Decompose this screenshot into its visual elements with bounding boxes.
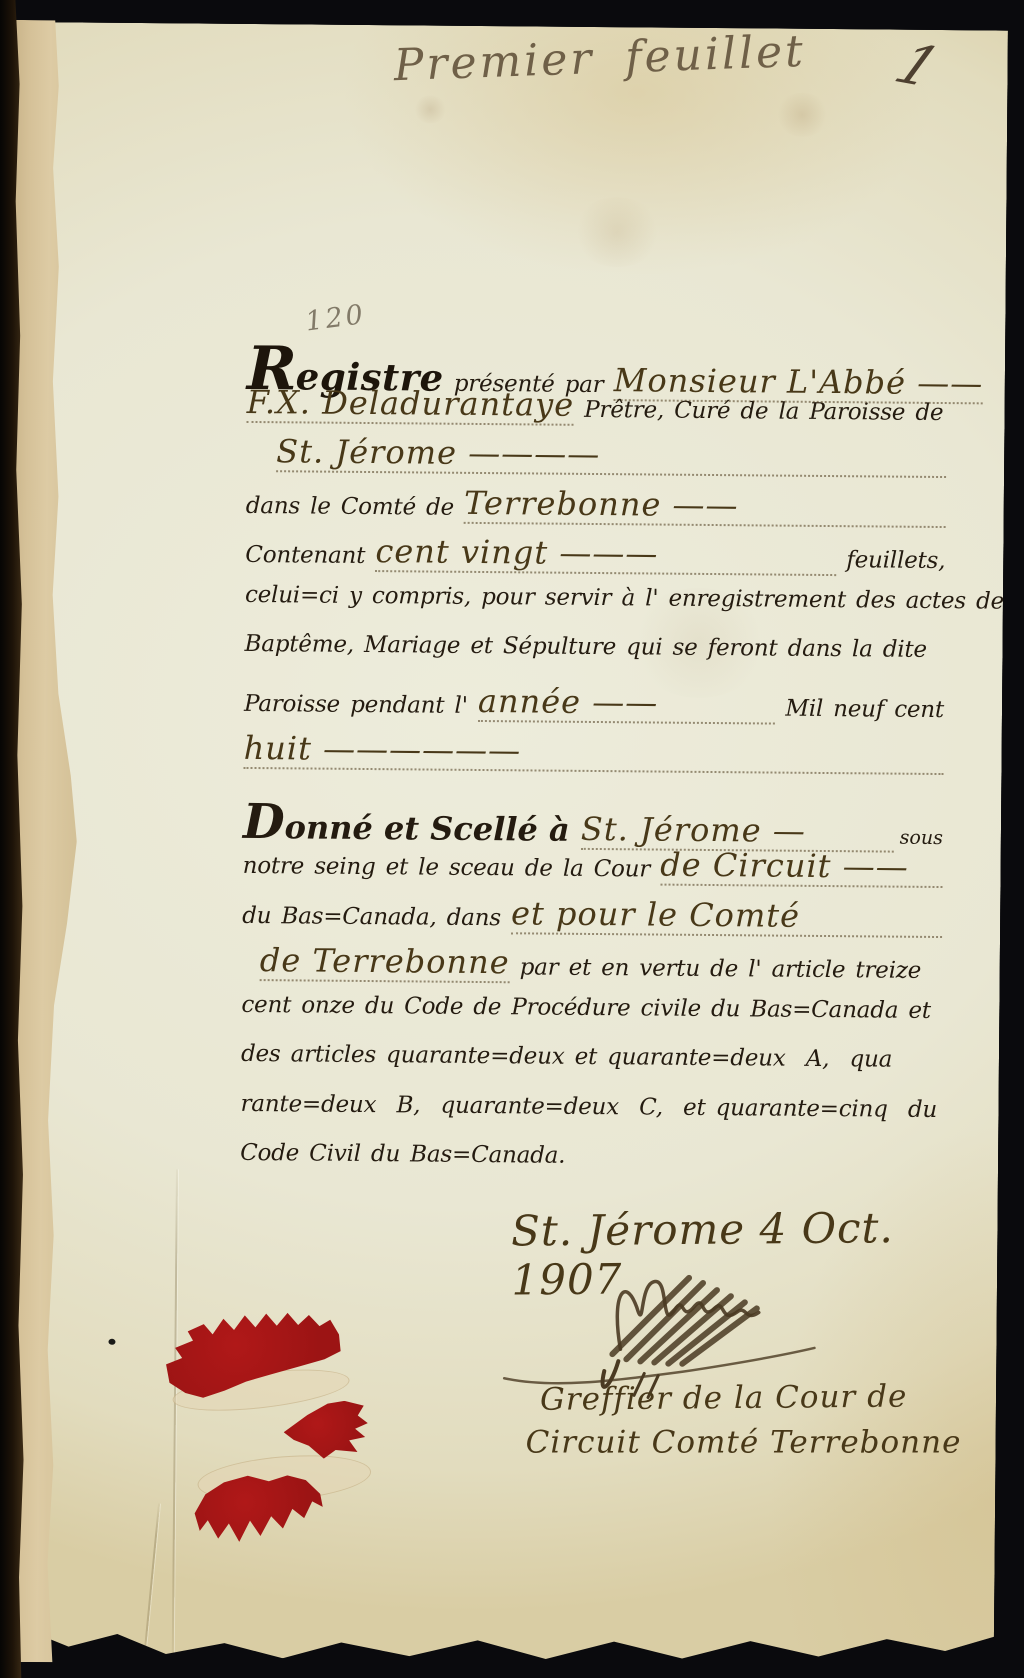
printed-label: Code Civil du Bas=Canada. <box>240 1140 565 1169</box>
clerk-title-line-2: Circuit Comté Terrebonne <box>526 1424 962 1460</box>
printed-label: Mil neuf cent <box>775 695 944 722</box>
printed-label: des articles quarante=deux et quarante=d… <box>241 1041 892 1073</box>
form-line: Registre présenté par Monsieur L'Abbé —— <box>247 334 947 390</box>
printed-label: Donné et Scellé à <box>243 793 581 852</box>
handwritten-entry: année —— <box>478 681 776 724</box>
form-line: Donné et Scellé à St. Jérome — sous <box>243 793 943 849</box>
form-line: celui=ci y compris, pour servir à l' enr… <box>245 581 945 637</box>
form-line: Code Civil du Bas=Canada. <box>240 1140 940 1196</box>
form-line: du Bas=Canada, dans et pour le Comté <box>242 892 942 948</box>
printed-label: sous <box>894 826 943 848</box>
printed-label: Paroisse pendant l' <box>244 690 478 718</box>
register-form: Registre présenté par Monsieur L'Abbé ——… <box>240 334 947 1196</box>
paper-crease <box>172 1169 178 1657</box>
printed-label: notre seing et le sceau de la Cour <box>243 853 661 883</box>
top-annotation: Premier feuillet <box>393 26 807 91</box>
clerk-title-line-1: Greffier de la Cour de <box>540 1379 908 1418</box>
form-line: huit —————— <box>243 730 943 786</box>
paper-stain <box>572 197 663 268</box>
form-line: St. Jérome ———— <box>276 433 946 488</box>
paper-stain <box>413 95 447 123</box>
handwritten-entry: cent vingt ——— <box>375 532 836 576</box>
form-line: cent onze du Code de Procédure civile du… <box>241 991 941 1047</box>
handwritten-entry: de Terrebonne <box>260 941 510 983</box>
form-line: dans le Comté de Terrebonne —— <box>246 482 946 538</box>
printed-label: Baptême, Mariage et Sépulture qui se fer… <box>244 631 927 663</box>
handwritten-entry: de Circuit —— <box>660 846 943 888</box>
printed-label: dans le Comté de <box>246 492 465 520</box>
seal-fragment-2 <box>283 1400 368 1459</box>
printed-label: feuillets, <box>836 547 945 574</box>
form-line: Paroisse pendant l' année —— Mil neuf ce… <box>244 680 944 736</box>
form-line: de Terrebonne par et en vertu de l' arti… <box>260 942 942 997</box>
printed-label: cent onze du Code de Procédure civile du… <box>241 991 931 1023</box>
handwritten-entry: et pour le Comté <box>511 894 943 938</box>
handwritten-entry: Terrebonne —— <box>464 483 946 527</box>
form-line: des articles quarante=deux et quarante=d… <box>241 1041 941 1097</box>
form-line: rante=deux B, quarante=deux C, et quaran… <box>240 1090 940 1146</box>
pencil-note: 120 <box>304 299 368 338</box>
handwritten-entry: F.X. Deladurantaye <box>247 382 575 425</box>
form-line: notre seing et le sceau de la Cour de Ci… <box>242 843 942 899</box>
printed-label: Contenant <box>245 542 375 569</box>
printed-label: celui=ci y compris, pour servir à l' enr… <box>245 581 1004 614</box>
form-line: Contenant cent vingt ——— feuillets, <box>245 532 945 588</box>
register-page: Premier feuillet 1 120 Registre présenté… <box>0 22 1008 1667</box>
printed-label: rante=deux B, quarante=deux C, et quaran… <box>240 1090 937 1122</box>
paper-sheet: Premier feuillet 1 120 Registre présenté… <box>20 22 1008 1664</box>
handwritten-entry: Monsieur L'Abbé —— <box>614 361 984 404</box>
paper-crease <box>143 1503 160 1662</box>
handwritten-entry: St. Jérome ———— <box>276 432 946 478</box>
paper-stain <box>775 93 829 137</box>
handwritten-entry: huit —————— <box>243 729 943 775</box>
page-number: 1 <box>885 33 950 100</box>
printed-label: par et en vertu de l' article treize <box>509 954 921 984</box>
ink-speck <box>108 1339 115 1345</box>
printed-label: du Bas=Canada, dans <box>242 902 511 930</box>
form-line: Baptême, Mariage et Sépulture qui se fer… <box>244 631 944 687</box>
